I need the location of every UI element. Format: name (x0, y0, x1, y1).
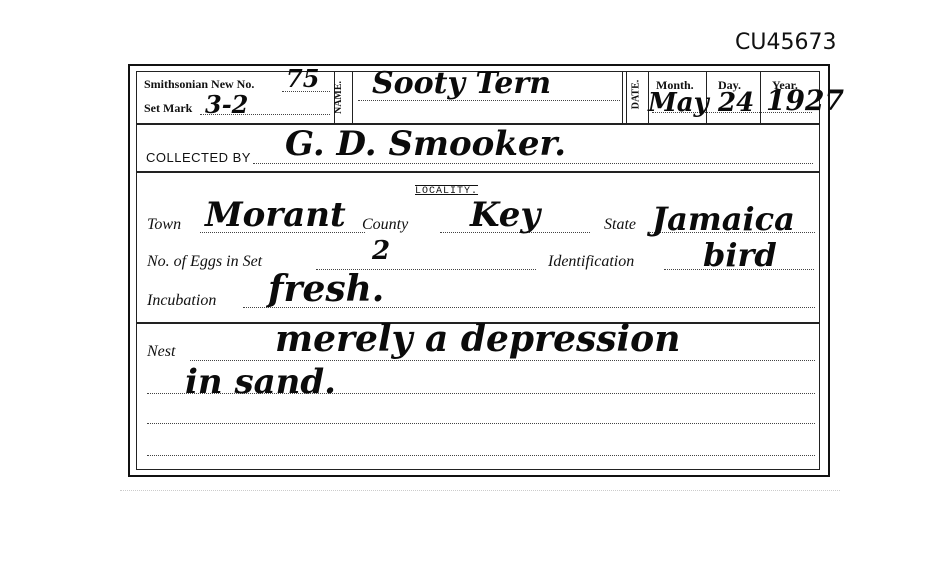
name-label: NAME. (333, 81, 344, 114)
eggs-in-set-value: 2 (372, 236, 390, 266)
state-value: Jamaica (652, 200, 795, 238)
date-label: DATE. (630, 80, 641, 110)
state-label: State (604, 216, 636, 234)
collected-by-value: G. D. Smooker. (285, 124, 566, 164)
locality-heading: LOCALITY. (415, 186, 478, 197)
year-value: 1927 (766, 84, 844, 117)
species-name-value: Sooty Tern (372, 66, 551, 101)
identification-label: Identification (548, 253, 634, 271)
scan-artifact-line (120, 490, 840, 491)
town-label: Town (147, 216, 181, 234)
incubation-value: fresh. (268, 268, 384, 310)
smithsonian-new-no-value: 75 (286, 64, 319, 93)
identification-value: bird (703, 236, 777, 274)
day-value: 24 (718, 88, 754, 118)
blank-dotline-2 (147, 455, 815, 456)
nest-value-line1: merely a depression (275, 318, 680, 360)
divider (626, 71, 627, 123)
eggs-in-set-label: No. of Eggs in Set (147, 253, 262, 271)
divider (622, 71, 623, 123)
collected-rule (137, 171, 819, 173)
incubation-label: Incubation (147, 292, 216, 310)
nest-dotline-1 (190, 360, 815, 361)
month-value: May (648, 88, 709, 118)
blank-dotline-1 (147, 423, 815, 424)
divider (352, 71, 353, 123)
town-value: Morant (205, 195, 346, 235)
set-mark-value: 3-2 (205, 90, 248, 119)
collected-by-label: COLLECTED BY (146, 150, 251, 165)
catalog-number: CU45673 (735, 30, 836, 55)
set-mark-label: Set Mark (144, 101, 192, 116)
county-label: County (362, 216, 408, 234)
nest-label: Nest (147, 343, 175, 361)
nest-value-line2: in sand. (185, 362, 336, 402)
county-value: Key (470, 195, 540, 235)
divider (760, 71, 761, 123)
